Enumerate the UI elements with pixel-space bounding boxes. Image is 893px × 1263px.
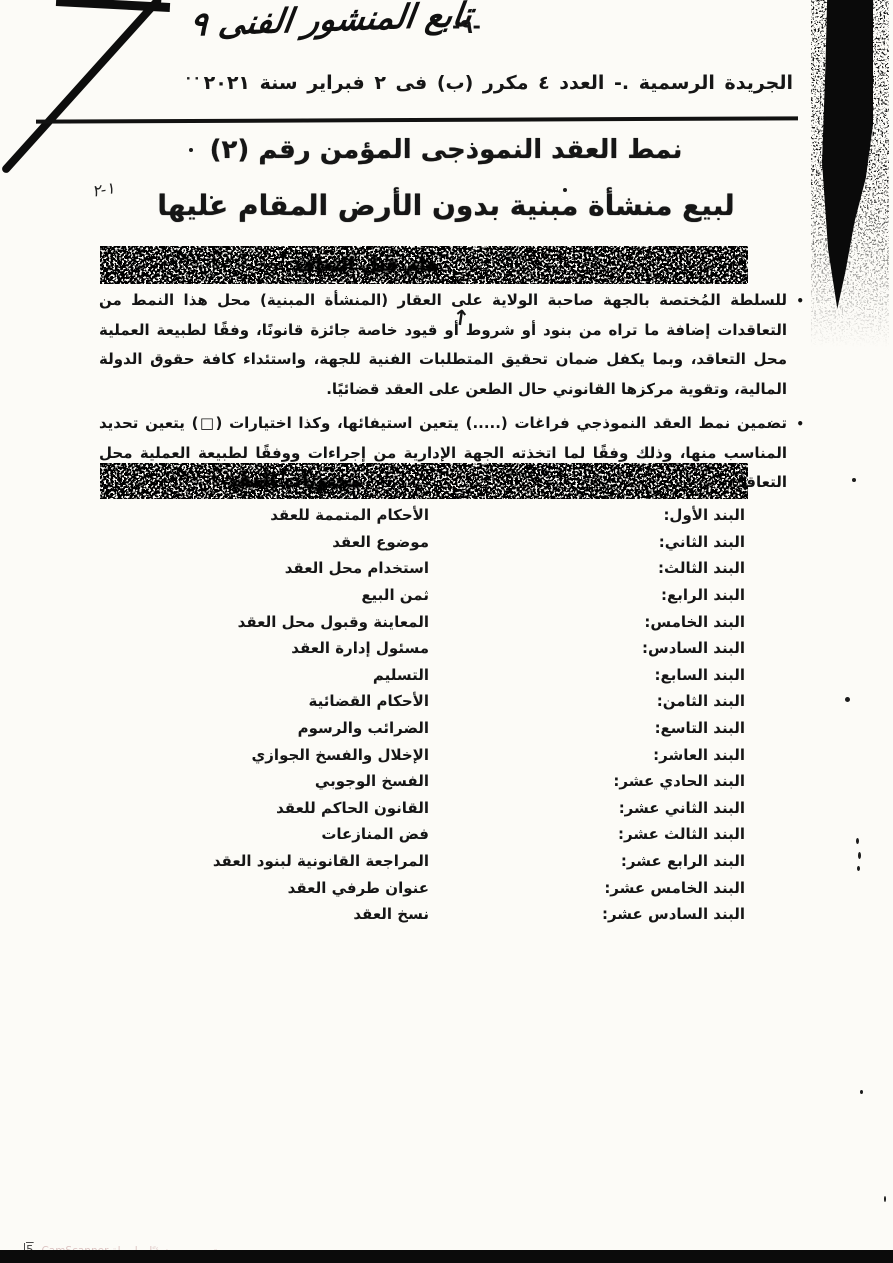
bullet-icon: • (796, 287, 804, 317)
clause-row: البند الحادي عشر: الفسخ الوجوبي (179, 768, 745, 795)
clause-row: البند السابع: التسليم (179, 662, 745, 689)
contract-template-subtitle: لبيع منشأة مبنية بدون الأرض المقام عليها (146, 189, 746, 222)
clause-label: البند الرابع: (593, 586, 745, 604)
clause-title: الأحكام القضائية (179, 692, 429, 710)
note-item: • للسلطة المُختصة بالجهة صاحبة الولاية ع… (99, 286, 787, 404)
clause-row: البند التاسع: الضرائب والرسوم (179, 715, 745, 742)
clause-row: البند الرابع عشر: المراجعة القانونية لبن… (179, 848, 745, 875)
clause-label: البند الثالث: (593, 559, 745, 577)
clause-row: البند الثالث: استخدام محل العقد (179, 555, 745, 582)
ink-speckle (563, 188, 567, 192)
clause-title: الأحكام المتممة للعقد (179, 506, 429, 524)
clause-label: البند الثاني عشر: (593, 799, 745, 817)
clause-title: ثمن البيع (179, 586, 429, 604)
ink-speckle (858, 852, 861, 859)
ink-speckle (210, 196, 213, 199)
clause-row: البند السادس عشر: نسخ العقد (179, 901, 745, 928)
degraded-banner-contents-header: محتويات العقد (100, 463, 748, 499)
clause-label: البند الرابع عشر: (593, 852, 745, 870)
clause-label: البند الخامس عشر: (593, 879, 745, 897)
handwritten-side-mark: ١-٢ (91, 178, 117, 201)
clause-row: البند السادس: مسئول إدارة العقد (179, 635, 745, 662)
ink-speckle (845, 697, 850, 702)
clause-title: نسخ العقد (179, 905, 429, 923)
ink-speckle (856, 838, 859, 844)
note-text: للسلطة المُختصة بالجهة صاحبة الولاية على… (99, 291, 787, 398)
notes-banner-label: هام قبل التعاقد (292, 254, 439, 276)
clause-title: فض المنازعات (179, 825, 429, 843)
clause-row: البند الثامن: الأحكام القضائية (179, 688, 745, 715)
clause-title: الضرائب والرسوم (179, 719, 429, 737)
contract-template-title: نمط العقد النموذجى المؤمن رقم (٢) (146, 135, 746, 165)
clause-row: البند الرابع: ثمن البيع (179, 582, 745, 609)
clause-label: البند الثامن: (593, 692, 745, 710)
bullet-icon: • (796, 410, 804, 440)
clause-label: البند الحادي عشر: (593, 772, 745, 790)
clause-label: البند التاسع: (593, 719, 745, 737)
handwritten-header-note: تابع المنشور الفنى ٩ (49, 0, 474, 48)
clause-label: البند الخامس: (593, 613, 745, 631)
clause-row: البند الخامس عشر: عنوان طرفي العقد (179, 874, 745, 901)
clause-label: البند الأول: (593, 506, 745, 524)
clause-row: البند الأول: الأحكام المتممة للعقد (179, 502, 745, 529)
contents-banner-label: محتويات العقد (227, 470, 361, 492)
clause-row: البند الثاني عشر: القانون الحاكم للعقد (179, 795, 745, 822)
ink-speckle (857, 866, 860, 871)
gazette-issue-line: الجريدة الرسمية .- العدد ٤ مكرر (ب) فى ٢… (204, 72, 793, 94)
ink-speckle (884, 1196, 886, 1202)
ink-speckle (860, 1090, 863, 1094)
scanned-document-page: تابع المنشور الفنى ٩ -٩- ٠٠ الجريدة الرس… (0, 0, 893, 1263)
clause-label: البند العاشر: (593, 746, 745, 764)
ink-speckle (768, 422, 771, 425)
clause-row: البند الثالث عشر: فض المنازعات (179, 821, 745, 848)
scanner-noise-texture (100, 463, 748, 499)
clause-label: البند السابع: (593, 666, 745, 684)
page-number: -٩- (452, 14, 481, 38)
clause-title: الإخلال والفسخ الجوازي (179, 746, 429, 764)
clause-row: البند الثاني: موضوع العقد (179, 529, 745, 556)
ink-speckle (189, 148, 193, 152)
ink-speckle (852, 478, 856, 482)
margin-ink-mark: ٠٠ (184, 70, 201, 86)
clause-row: البند العاشر: الإخلال والفسخ الجوازي (179, 741, 745, 768)
clause-title: القانون الحاكم للعقد (179, 799, 429, 817)
clause-title: المراجعة القانونية لبنود العقد (179, 852, 429, 870)
header-divider-rule (36, 116, 798, 123)
clause-title: المعاينة وقبول محل العقد (179, 613, 429, 631)
clause-label: البند السادس: (593, 639, 745, 657)
clause-title: عنوان طرفي العقد (179, 879, 429, 897)
handwritten-arrow-mark: ↑ (450, 305, 471, 331)
clause-title: مسئول إدارة العقد (179, 639, 429, 657)
clause-title: استخدام محل العقد (179, 559, 429, 577)
clause-label: البند السادس عشر: (593, 905, 745, 923)
clause-row: البند الخامس: المعاينة وقبول محل العقد (179, 608, 745, 635)
scanner-bottom-edge-bar (0, 1250, 893, 1263)
clause-title: موضوع العقد (179, 533, 429, 551)
clause-label: البند الثاني: (593, 533, 745, 551)
degraded-banner-notes-header: هام قبل التعاقد (100, 246, 748, 284)
clause-title: التسليم (179, 666, 429, 684)
clause-label: البند الثالث عشر: (593, 825, 745, 843)
contract-contents-list: البند الأول: الأحكام المتممة للعقد البند… (179, 502, 745, 928)
clause-title: الفسخ الوجوبي (179, 772, 429, 790)
